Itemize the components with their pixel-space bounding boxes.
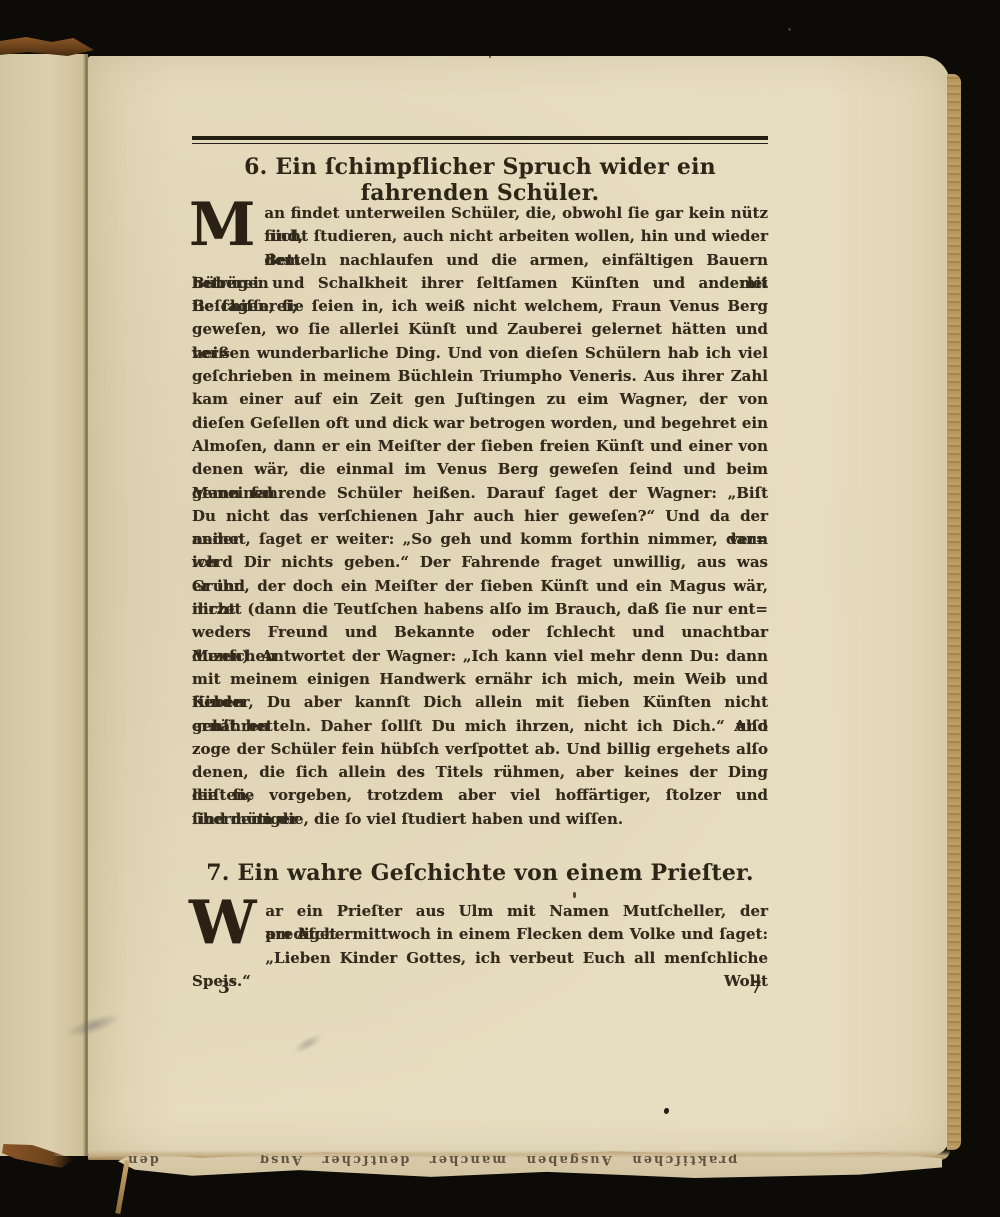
text-line: zoge der Schüler fein hübſch verſpottet … bbox=[192, 738, 768, 761]
dust-speck bbox=[788, 28, 791, 31]
section-6-lines: an findet unterweilen Schüler, die, obwo… bbox=[192, 202, 768, 831]
torn-thread bbox=[115, 1160, 129, 1214]
section-6-heading: 6. Ein ſchimpflicher Spruch wider ein fa… bbox=[192, 154, 768, 206]
binding-leather-top bbox=[0, 36, 94, 56]
section-7-heading: 7. Ein wahre Geſchichte von einem Prieſt… bbox=[192, 860, 768, 886]
drop-cap-w: W bbox=[189, 901, 256, 947]
page-number: 7 bbox=[750, 978, 762, 998]
page-footer: 3* 7 bbox=[192, 978, 768, 998]
text-line: Du nicht das verſchienen Jahr auch hier … bbox=[192, 505, 768, 528]
facing-page-edge bbox=[0, 54, 88, 1156]
text-line: „Lieben Kinder Gottes, ich verbeut Euch … bbox=[192, 947, 768, 970]
text-line: geſchrieben in meinem Büchlein Triumpho … bbox=[192, 365, 768, 388]
text-line: nicht ſtudieren, auch nicht arbeiten wol… bbox=[192, 225, 768, 248]
text-line: ſind denn die, die ſo viel ſtudiert habe… bbox=[192, 808, 768, 831]
text-line: ſie ſagen, ſie ſeien in, ich weiß nicht … bbox=[192, 295, 768, 318]
text-line: duzen). Antwortet der Wagner: „Ich kann … bbox=[192, 645, 768, 668]
text-line: dieſen Geſellen oft und dick war betroge… bbox=[192, 412, 768, 435]
printer-fleuron-mark bbox=[573, 892, 576, 898]
text-line: weders Freund und Bekannte oder ſchlecht… bbox=[192, 621, 768, 644]
text-line: am Aſchermittwoch in einem Flecken dem V… bbox=[192, 923, 768, 946]
section-rule bbox=[192, 136, 768, 140]
text-line: Büberei und Schalkheit ihrer ſeltſamen K… bbox=[192, 272, 768, 295]
dust-speck bbox=[489, 56, 491, 58]
text-line: Kinder, Du aber kannſt Dich allein mit ſ… bbox=[192, 691, 768, 714]
text-line: denen wär, die einmal im Venus Berg gewe… bbox=[192, 458, 768, 481]
section-6-paragraph: M an findet unterweilen Schüler, die, ob… bbox=[192, 202, 768, 831]
section-7-paragraph: W ar ein Prieſter aus Ulm mit Namen Mutſ… bbox=[192, 900, 768, 970]
signature-mark: 3* bbox=[218, 978, 235, 998]
text-line: kam einer auf ein Zeit gen Juſtingen zu … bbox=[192, 388, 768, 411]
section-7-lines: ar ein Prieſter aus Ulm mit Namen Mutſch… bbox=[192, 900, 768, 970]
text-line: die ſie vorgeben, trotzdem aber viel hof… bbox=[192, 784, 768, 807]
text-line: geweſen, wo ſie allerlei Künſt und Zaube… bbox=[192, 318, 768, 341]
text-line: gehſt betteln. Daher ſollſt Du mich ihrz… bbox=[192, 715, 768, 738]
text-line: er ihn, der doch ein Meiſter der ſieben … bbox=[192, 575, 768, 598]
text-line: werd Dir nichts geben.“ Der Fahrende fra… bbox=[192, 551, 768, 574]
text-line: Betteln nachlaufen und die armen, einfäl… bbox=[192, 249, 768, 272]
text-line: neinet, ſaget er weiter: „So geh und kom… bbox=[192, 528, 768, 551]
text-line: an findet unterweilen Schüler, die, obwo… bbox=[192, 202, 768, 225]
text-line: Almoſen, dann er ein Meiſter der ſieben … bbox=[192, 435, 768, 458]
book-block-edge bbox=[947, 74, 961, 1150]
text-line: ihrzet (dann die Teutſchen habens alſo i… bbox=[192, 598, 768, 621]
text-line: ar ein Prieſter aus Ulm mit Namen Mutſch… bbox=[192, 900, 768, 923]
book-page: 6. Ein ſchimpflicher Spruch wider ein fa… bbox=[88, 56, 950, 1156]
text-line: Mann fahrende Schüler heißen. Darauf ſag… bbox=[192, 482, 768, 505]
text-line: mit meinem einigen Handwerk ernähr ich m… bbox=[192, 668, 768, 691]
text-line: denen, die ſich allein des Titels rühmen… bbox=[192, 761, 768, 784]
drop-cap-m: M bbox=[189, 203, 255, 249]
text-line: heißen wunderbarliche Ding. Und von dieſ… bbox=[192, 342, 768, 365]
